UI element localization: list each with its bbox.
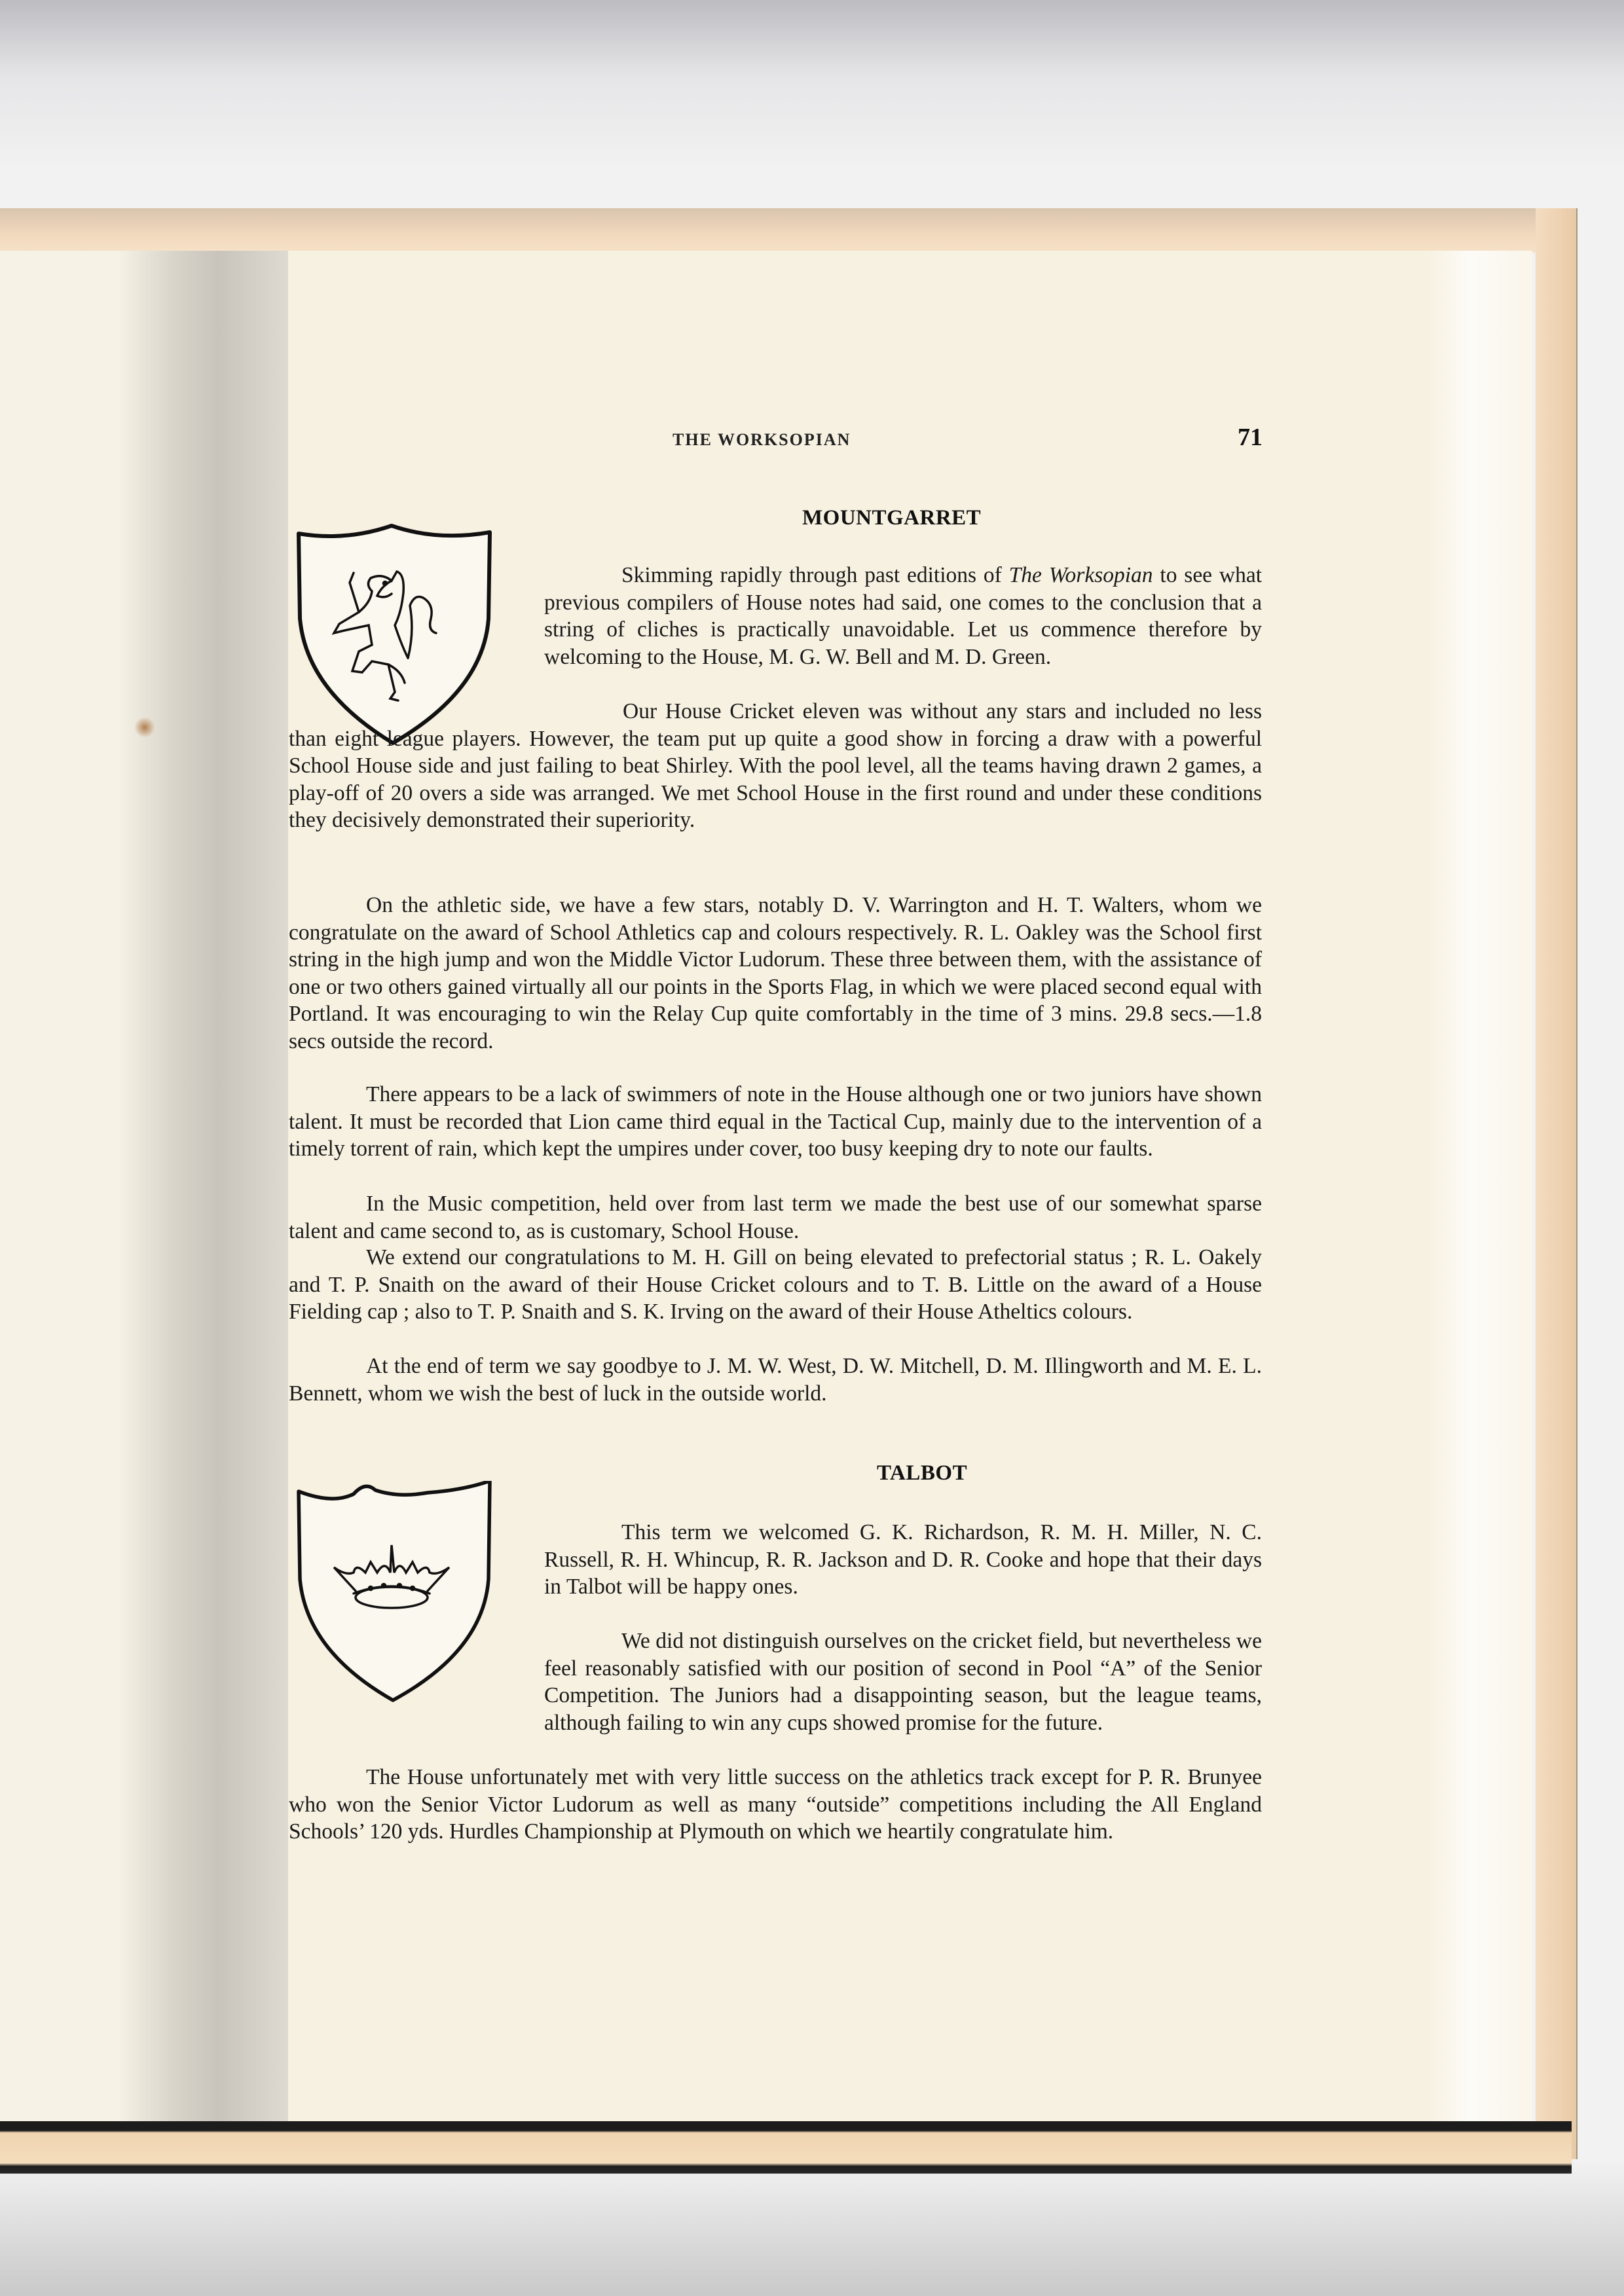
- book-top-edge: [0, 208, 1572, 253]
- paragraph: At the end of term we say goodbye to J. …: [289, 1353, 1262, 1407]
- paragraph: The House unfortunately met with very li…: [289, 1764, 1262, 1846]
- section-title-mountgarret: MOUNTGARRET: [802, 506, 981, 530]
- paragraph: In the Music competition, held over from…: [289, 1190, 1262, 1245]
- paragraph: On the athletic side, we have a few star…: [289, 892, 1262, 1055]
- foxing-stain: [134, 717, 155, 738]
- paragraph: We extend our congratulations to M. H. G…: [289, 1244, 1262, 1326]
- page-number: 71: [1238, 423, 1263, 452]
- crown-shield-icon: [293, 1481, 496, 1707]
- paragraph: We did not distinguish ourselves on the …: [544, 1628, 1262, 1736]
- section-title-talbot: TALBOT: [877, 1461, 967, 1485]
- paragraph: This term we welcomed G. K. Richardson, …: [544, 1519, 1262, 1601]
- paragraph: Our House Cricket eleven was without any…: [289, 698, 1262, 834]
- book-bottom-edge: [0, 2121, 1572, 2174]
- book-fore-edge: [1536, 208, 1578, 2159]
- page-curl-highlight: [1428, 251, 1532, 2130]
- paragraph: Skimming rapidly through past editions o…: [544, 562, 1262, 670]
- running-title: THE WORKSOPIAN: [673, 430, 851, 450]
- paragraph: There appears to be a lack of swimmers o…: [289, 1081, 1262, 1163]
- publication-title: The Worksopian: [1009, 563, 1153, 587]
